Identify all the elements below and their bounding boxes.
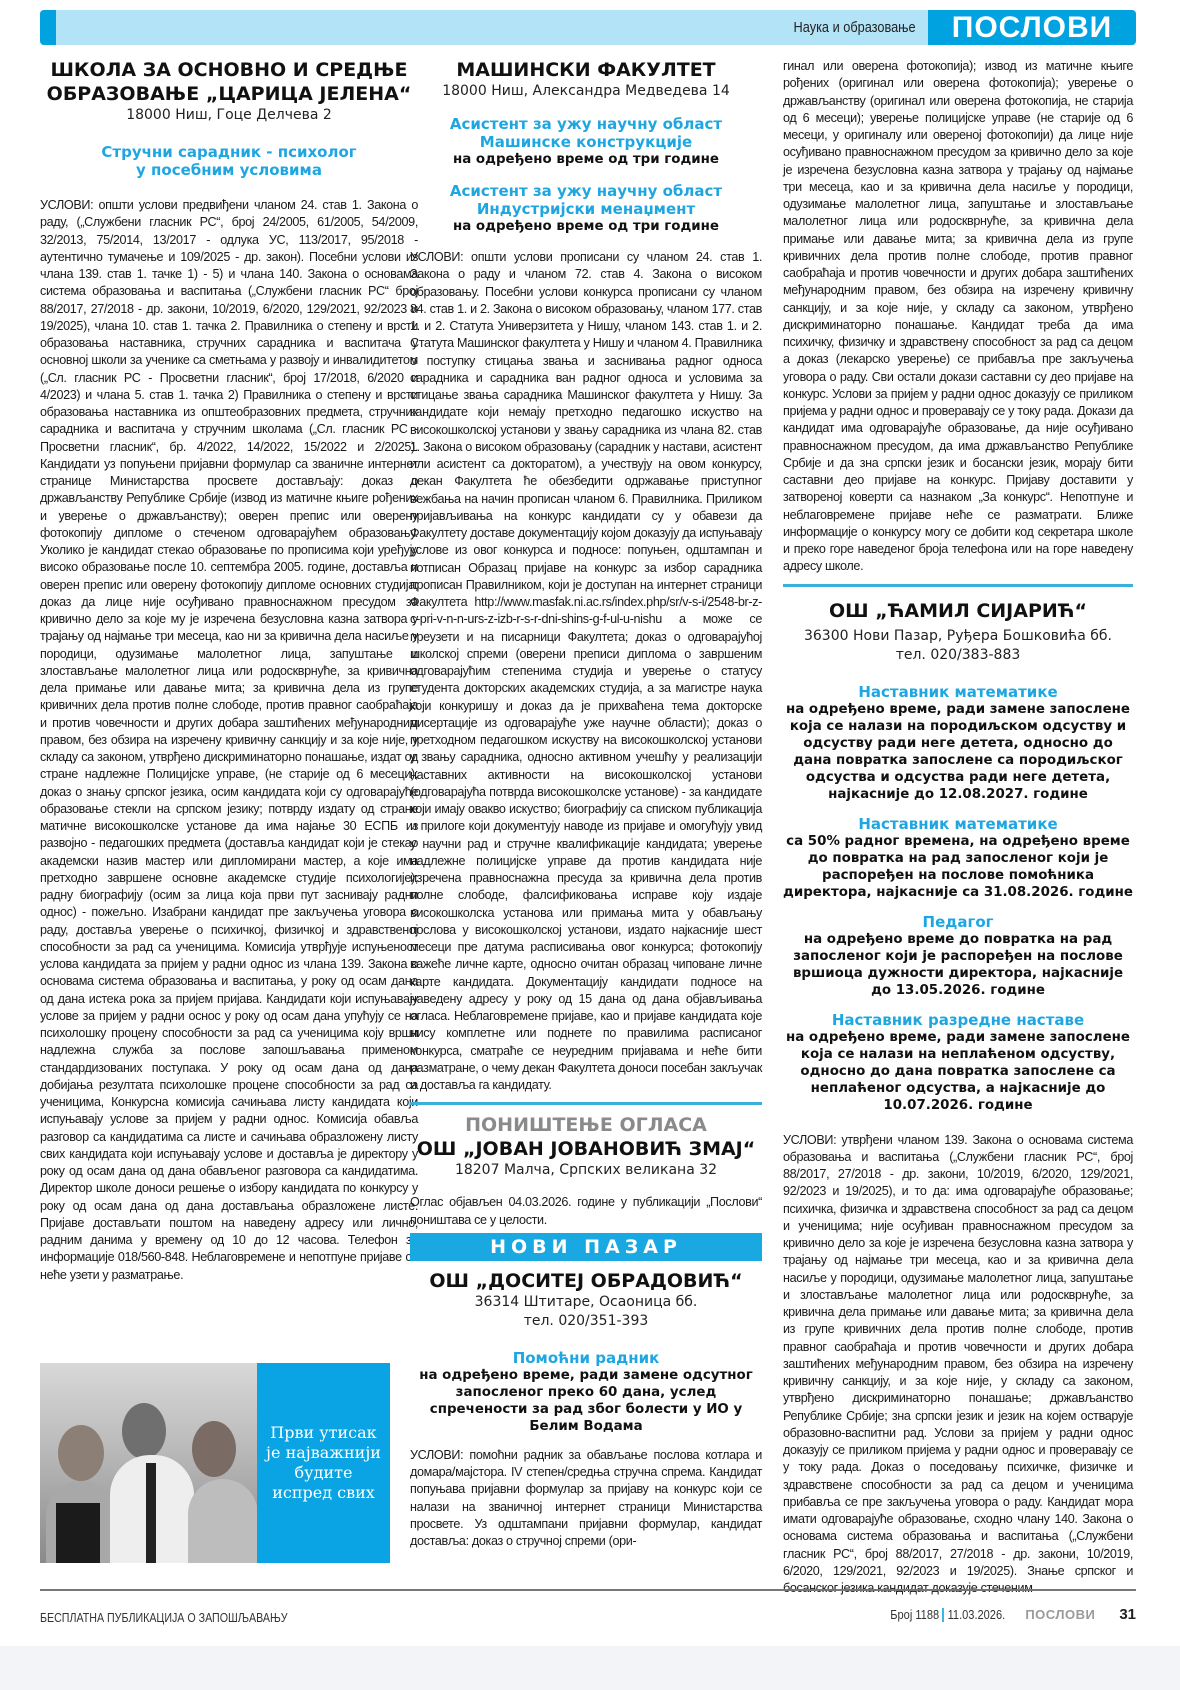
position-term: на одређено време до повратка на рад зап… xyxy=(783,931,1133,999)
separator xyxy=(943,1608,945,1622)
publication-brand: ПОСЛОВИ xyxy=(928,10,1136,45)
position-term: на одређено време, ради замене запослене… xyxy=(783,701,1133,803)
org-address: 18000 Ниш, Гоце Делчева 2 xyxy=(40,106,418,125)
position-title: Наставник математике xyxy=(783,683,1133,701)
org-address: 18000 Ниш, Александра Медведева 14 xyxy=(410,82,762,101)
position-title: Наставник разредне наставе xyxy=(783,1011,1133,1029)
conditions-text: УСЛОВИ: општи услови предвиђени чланом 2… xyxy=(40,197,418,1284)
position-term: на одређено време, ради замене запослене… xyxy=(783,1029,1133,1114)
section-divider xyxy=(410,1102,762,1105)
conditions-text: УСЛОВИ: утврђени чланом 139. Закона о ос… xyxy=(783,1132,1133,1598)
issue-number: Број 118811.03.2026. xyxy=(890,1607,1005,1623)
position-term: на одређено време од три године xyxy=(410,218,762,235)
position-title-line2: у посебним условима xyxy=(40,161,418,179)
newspaper-page: Наука и образовање ПОСЛОВИ ШКОЛА ЗА ОСНО… xyxy=(0,0,1180,1646)
position-line1: Асистент за ужу научну област xyxy=(410,115,762,133)
org-name: МАШИНСКИ ФАКУЛТЕТ xyxy=(410,58,762,82)
org-name-line1: ШКОЛА ЗА ОСНОВНО И СРЕДЊЕ xyxy=(40,58,418,82)
column-2: МАШИНСКИ ФАКУЛТЕТ 18000 Ниш, Александра … xyxy=(410,58,762,1550)
city-banner: НОВИ ПАЗАР xyxy=(410,1233,762,1261)
org-name: ОШ „ДОСИТЕЈ ОБРАДОВИЋ“ xyxy=(410,1269,762,1293)
footer-issue-info: Број 118811.03.2026. ПОСЛОВИ 31 xyxy=(870,1606,1136,1623)
position-term: на одређено време, ради замене одсутног … xyxy=(410,1367,762,1435)
issue-date: 11.03.2026. xyxy=(948,1607,1006,1622)
cancellation-text: Оглас објављен 04.03.2026. године у публ… xyxy=(410,1194,762,1229)
promo-text: Први утисак је најважнији будите испред … xyxy=(257,1363,390,1563)
cancellation-label: ПОНИШТЕЊЕ ОГЛАСА xyxy=(410,1113,762,1137)
org-address: 36300 Нови Пазар, Руђера Бошковића бб. xyxy=(783,627,1133,646)
position-term: са 50% радног времена, на одређено време… xyxy=(783,833,1133,901)
position-term: на одређено време од три године xyxy=(410,151,762,168)
header-accent-tab xyxy=(40,10,56,45)
org-address: 36314 Штитаре, Осаоница бб. xyxy=(410,1293,762,1312)
position-title: Асистент за ужу научну област Индустријс… xyxy=(410,182,762,218)
section-divider xyxy=(783,584,1133,587)
position-title: Стручни сарадник - психолог у посебним у… xyxy=(40,143,418,179)
position-title: Помоћни радник xyxy=(410,1349,762,1367)
position-line2: Машинске конструкције xyxy=(410,133,762,151)
org-name: ШКОЛА ЗА ОСНОВНО И СРЕДЊЕ ОБРАЗОВАЊЕ „ЦА… xyxy=(40,58,418,106)
org-name: ОШ „ЋАМИЛ СИЈАРИЋ“ xyxy=(783,599,1133,623)
footer-tagline: БЕСПЛАТНА ПУБЛИКАЦИЈА О ЗАПОШЉАВАЊУ xyxy=(40,1610,288,1625)
footer-divider xyxy=(40,1589,1136,1591)
footer-publication: ПОСЛОВИ xyxy=(1025,1607,1095,1622)
org-name: ОШ „ЈОВАН ЈОВАНОВИЋ ЗМАЈ“ xyxy=(410,1137,762,1161)
page-number: 31 xyxy=(1119,1606,1136,1623)
page-header: Наука и образовање ПОСЛОВИ xyxy=(40,10,1136,45)
column-3: гинал или оверена фотокопија); извод из … xyxy=(783,58,1133,1597)
continued-text: гинал или оверена фотокопија); извод из … xyxy=(783,58,1133,576)
conditions-text: УСЛОВИ: помоћни радник за обављање посло… xyxy=(410,1447,762,1551)
org-name-line2: ОБРАЗОВАЊЕ „ЦАРИЦА ЈЕЛЕНА“ xyxy=(40,82,418,106)
org-phone: тел. 020/351-393 xyxy=(410,1312,762,1331)
position-line1: Асистент за ужу научну област xyxy=(410,182,762,200)
org-address: 18207 Малча, Српских великана 32 xyxy=(410,1161,762,1180)
org-phone: тел. 020/383-883 xyxy=(783,646,1133,665)
position-title: Асистент за ужу научну област Машинске к… xyxy=(410,115,762,151)
promo-banner: Први утисак је најважнији будите испред … xyxy=(40,1363,390,1563)
issue-label: Број 1188 xyxy=(890,1607,939,1622)
position-title: Наставник математике xyxy=(783,815,1133,833)
section-title: Наука и образовање xyxy=(794,10,916,45)
position-line2: Индустријски менаџмент xyxy=(410,200,762,218)
column-1: ШКОЛА ЗА ОСНОВНО И СРЕДЊЕ ОБРАЗОВАЊЕ „ЦА… xyxy=(40,58,418,1284)
conditions-text: УСЛОВИ: општи услови прописани су чланом… xyxy=(410,249,762,1094)
position-title-line1: Стручни сарадник - психолог xyxy=(40,143,418,161)
position-title: Педагог xyxy=(783,913,1133,931)
promo-photo xyxy=(40,1363,257,1563)
